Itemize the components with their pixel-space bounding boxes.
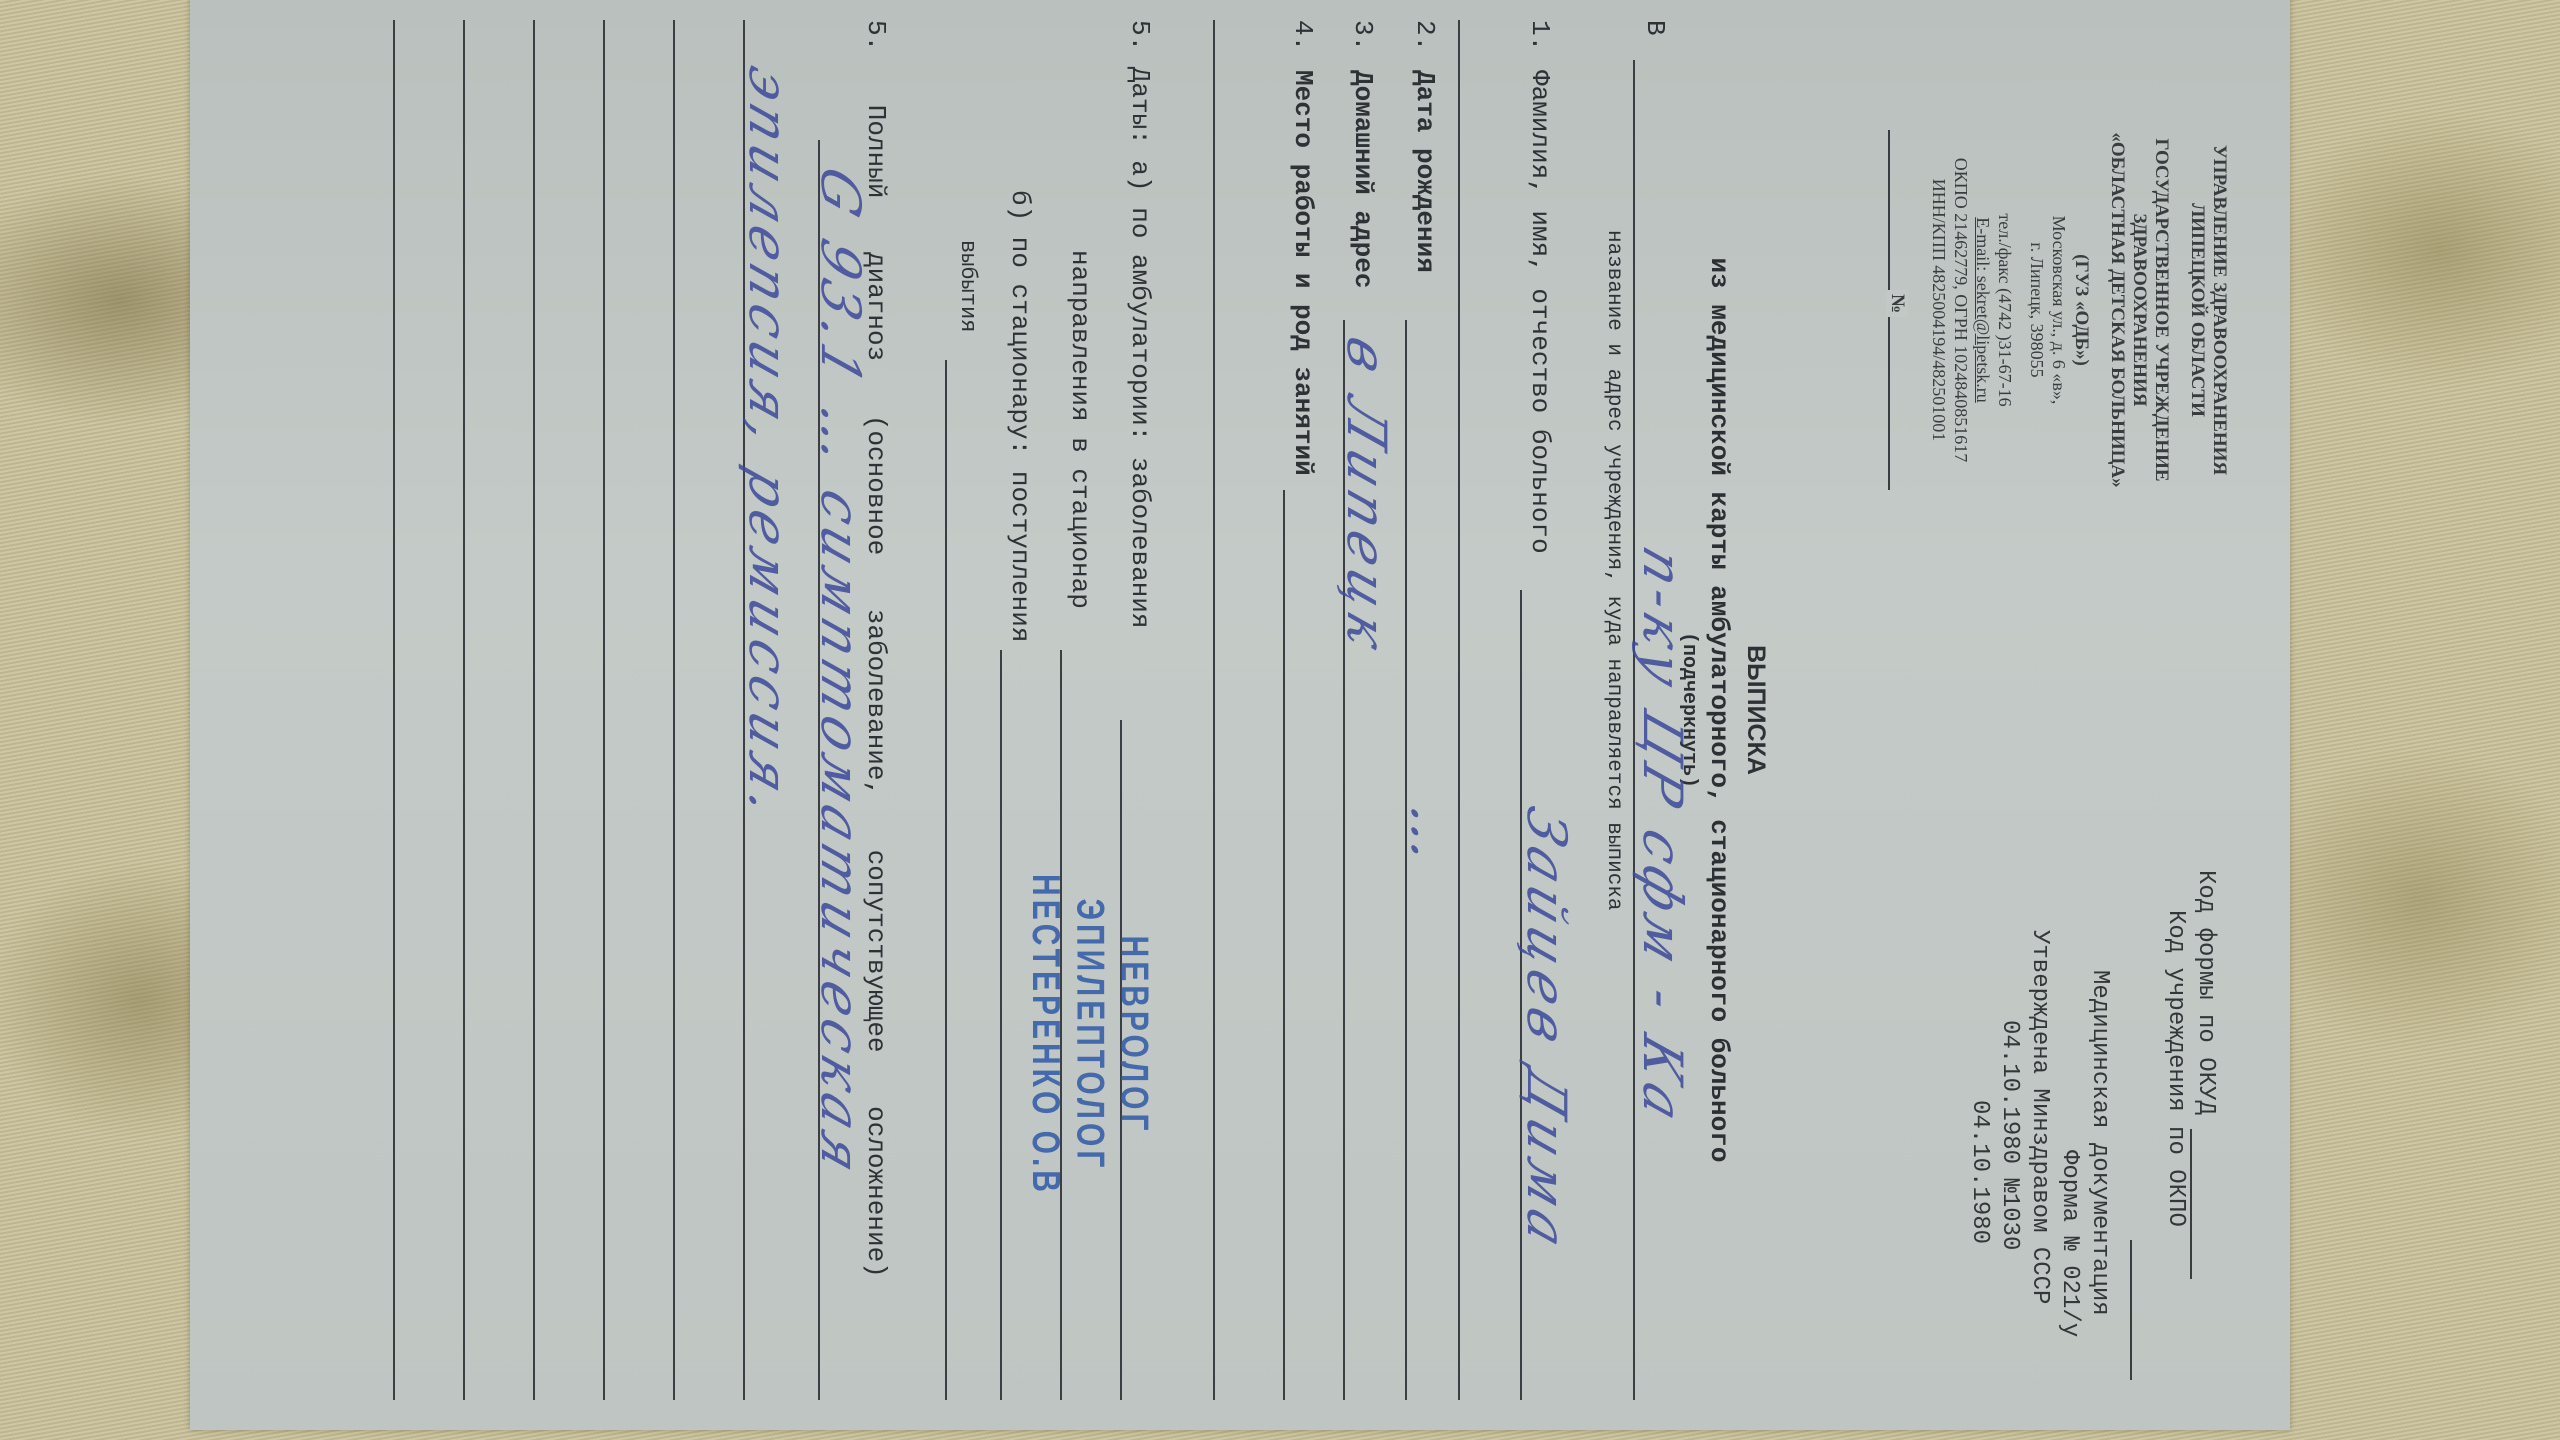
header-line: «ОБЛАСТНАЯ ДЕТСКАЯ БОЛЬНИЦА» [2106,30,2128,590]
okpo-row: Код учреждения по ОКПО [2160,870,2190,1410]
okud-row: Код формы по ОКУД [2190,870,2220,1410]
diagnosis-line-2-text[interactable]: эпилепсия, ремиссия. [737,59,800,832]
workplace-line-2 [1213,20,1215,1400]
stamp-line: ЭПИЛЕПТОЛОГ [1067,870,1111,1200]
workplace-line [1283,490,1285,1400]
referral-label: направления в стационар [1065,250,1095,609]
admission-date-line [1000,650,1002,1400]
patient-name-value[interactable]: Зайцев Дима [1515,799,1578,1262]
home-address-label: Домашний адрес [1348,70,1378,288]
field-number: 4. [1288,20,1318,51]
home-address-value[interactable]: в Липецк [1335,329,1398,665]
admission-label: б) по стационару: поступления [1005,190,1035,642]
inn-line: ИНН/КПП 4825004194/482501001 [1928,30,1950,590]
okpo-field-row [2130,870,2160,1410]
patient-name-line-2 [1458,20,1460,1400]
recipient-prefix: В [1640,20,1670,36]
stamp-line: НЕВРОЛОГ [1111,870,1155,1200]
birth-date-value[interactable]: … [1399,799,1462,882]
header-line: ЗДРАВООХРАНЕНИЯ [2128,30,2150,590]
field-number: 2. [1410,20,1440,51]
form-code-header: Код формы по ОКУД Код учреждения по ОКПО… [1964,870,2220,1410]
discharge-label: выбытия [955,240,980,332]
birth-date-label: Дата рождения [1410,70,1440,273]
number-field: № [1888,130,1910,490]
okud-label: Код формы по ОКУД [2192,870,2219,1115]
header-line: ГОСУДАРСТВЕННОЕ УЧРЕЖДЕНИЕ [2150,30,2172,590]
blank-line [393,20,395,1400]
recipient-handwriting[interactable]: п-ку ЦР сфм - Ка [1631,539,1694,1136]
okpo-label: Код учреждения по ОКПО [2162,910,2189,1227]
blank-line [673,20,675,1400]
blank-line [603,20,605,1400]
form-number: Форма № 021/у [2054,870,2084,1410]
email-line: E-mail: sekret@lipetsk.ru [1972,30,1994,590]
document-page: УПРАВЛЕНИЕ ЗДРАВООХРАНЕНИЯ ЛИПЕЦКОЙ ОБЛА… [190,0,2290,1430]
address-line: Московская ул., д. 6 «в», [2048,30,2070,590]
number-label: № [1886,290,1908,317]
doc-type: Медицинская документация [2084,870,2114,1410]
phone-line: тел./факс (4742 )31-67-16 [1994,30,2016,590]
header-line: УПРАВЛЕНИЕ ЗДРАВООХРАНЕНИЯ [2208,30,2230,590]
workplace-label: Место работы и род занятий [1288,70,1318,476]
field-number: 1. [1525,20,1555,51]
header-line: (ГУЗ «ОДБ») [2070,30,2092,590]
doctor-stamp: НЕВРОЛОГ ЭПИЛЕПТОЛОГ НЕСТЕРЕНКО О.В [1023,870,1156,1200]
okpo-field [2130,1240,2154,1380]
form-date: 04.10.1980 [1964,870,1994,1410]
okud-field [2190,1129,2214,1279]
recipient-caption: название и адрес учреждения, куда направ… [1602,230,1625,911]
address-line: г. Липецк, 398055 [2026,30,2048,590]
patient-name-label: Фамилия, имя, отчество больного [1525,70,1555,554]
discharge-date-line [945,360,947,1400]
approved-date: 04.10.1980 №1030 [1994,870,2024,1410]
document-title: ВЫПИСКА [1741,0,1770,1430]
dates-label: 5. Даты: а) по амбулатории: заболевания [1125,20,1155,629]
diagnosis-line-1-text[interactable]: G 93.1 … симптоматическая [809,159,872,1188]
stamp-line: НЕСТЕРЕНКО О.В [1023,870,1067,1200]
okpo-line: ОКПО 21462779, ОГРН 1024840851617 [1950,30,1972,590]
approved-by: Утверждена Минздравом СССР [2024,870,2054,1410]
header-line: ЛИПЕЦКОЙ ОБЛАСТИ [2186,30,2208,590]
institution-header: УПРАВЛЕНИЕ ЗДРАВООХРАНЕНИЯ ЛИПЕЦКОЙ ОБЛА… [1888,30,2230,590]
blank-line [463,20,465,1400]
blank-line [533,20,535,1400]
field-number: 3. [1348,20,1378,51]
document-subtitle: из медицинской карты амбулаторного, стац… [1704,0,1734,1430]
